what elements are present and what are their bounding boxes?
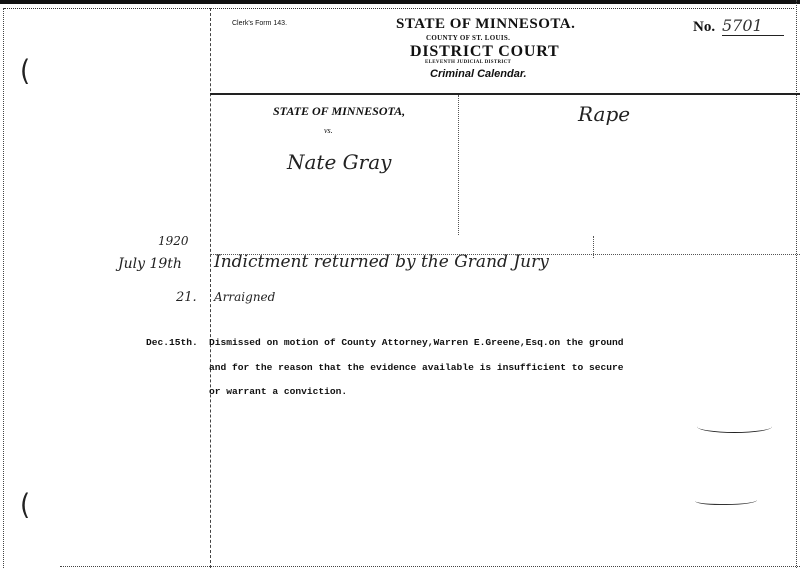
header-divider xyxy=(210,93,800,95)
caption-divider xyxy=(458,95,459,235)
plaintiff: STATE OF MINNESOTA, xyxy=(273,104,405,119)
court-heading: DISTRICT COURT xyxy=(410,43,560,61)
entry-date: 21. xyxy=(176,290,197,305)
pen-stroke-mark xyxy=(697,420,772,433)
form-number: Clerk's Form 143. xyxy=(232,20,287,27)
entry-date: Dec.15th. xyxy=(146,337,198,348)
case-number-value: 5701 xyxy=(722,16,784,36)
state-heading: STATE OF MINNESOTA. xyxy=(396,16,575,33)
entry-tick xyxy=(593,236,594,258)
right-edge-rule xyxy=(796,0,797,568)
entry-text-line: Dismissed on motion of County Attorney,W… xyxy=(209,337,624,348)
entry-text: Arraigned xyxy=(214,290,275,304)
bottom-rule xyxy=(60,566,800,567)
versus: vs. xyxy=(324,126,333,135)
defendant-name: Nate Gray xyxy=(287,150,391,174)
binder-clip-icon: ( xyxy=(20,489,30,522)
scan-top-border xyxy=(0,0,800,4)
county-heading: COUNTY OF ST. LOUIS. xyxy=(426,34,510,42)
entry-text-line: or warrant a conviction. xyxy=(209,386,347,397)
entry-text-line: and for the reason that the evidence ava… xyxy=(209,362,624,373)
left-edge-rule xyxy=(3,8,4,568)
district-heading: ELEVENTH JUDICIAL DISTRICT xyxy=(425,60,511,65)
pen-stroke-mark xyxy=(695,495,757,505)
binder-clip-icon: ( xyxy=(20,55,30,88)
entry-year: 1920 xyxy=(158,234,189,248)
case-number-label: No. xyxy=(693,19,715,36)
calendar-heading: Criminal Calendar. xyxy=(430,68,527,80)
charge: Rape xyxy=(578,102,630,126)
date-column-rule xyxy=(210,8,211,568)
entry-text: Indictment returned by the Grand Jury xyxy=(214,252,549,272)
entry-date: July 19th xyxy=(118,256,182,272)
top-rule xyxy=(4,8,794,9)
